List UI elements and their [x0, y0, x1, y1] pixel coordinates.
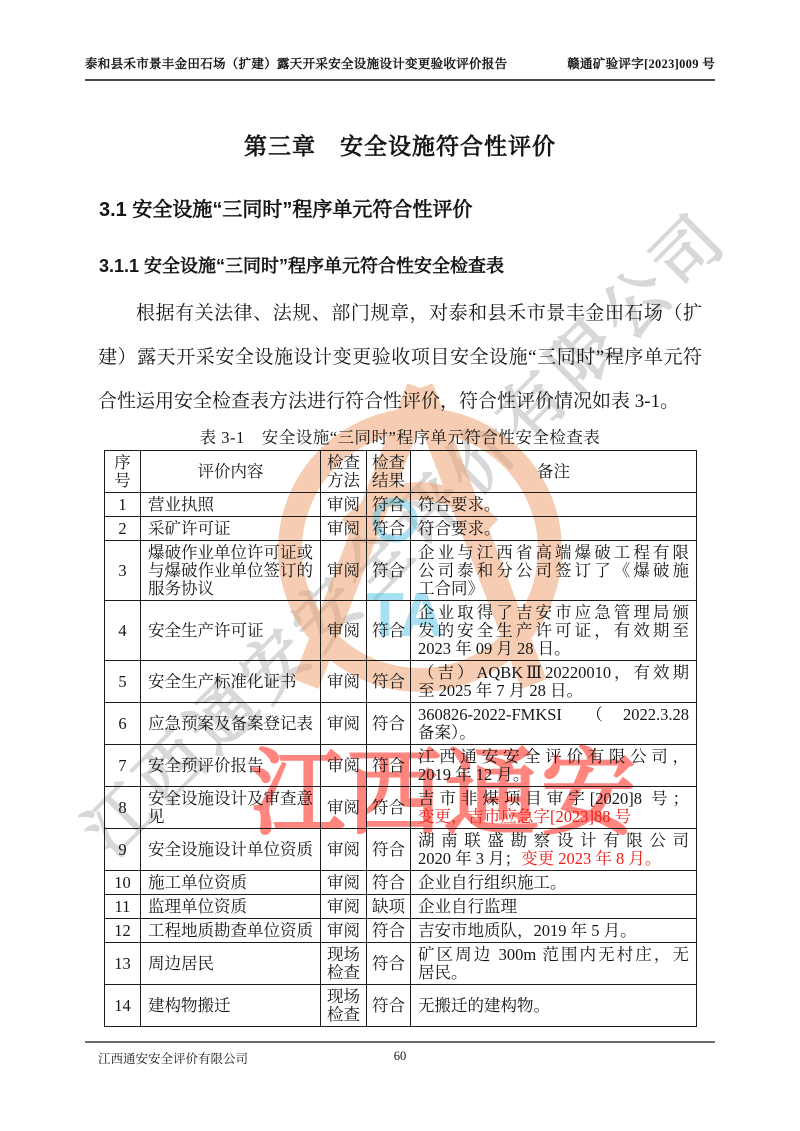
table-row: 10施工单位资质审阅符合企业自行组织施工。: [105, 871, 697, 895]
remark-line: 公司泰和分公司签订了《爆破施: [418, 562, 689, 580]
cell-remark: 矿区周边 300m 范围内无村庄，无居民。: [411, 943, 697, 985]
remark-line: （吉）AQBKⅢ20220010，有效期: [418, 664, 689, 682]
report-page: 江西通安安全评价有限公司 TA 江西通安 泰和县禾市景丰金田石场（扩建）露天开采…: [0, 0, 800, 1131]
header-report-title: 泰和县禾市景丰金田石场（扩建）露天开采安全设施设计变更验收评价报告: [85, 54, 507, 72]
cell-result: 符合: [367, 985, 411, 1027]
cell-remark: 吉市非煤项目审字[2020]8 号；变更，吉市应急字[2023]88 号: [411, 787, 697, 829]
remark-line: 符合要求。: [418, 496, 689, 514]
table-row: 8安全设施设计及审查意见审阅符合吉市非煤项目审字[2020]8 号；变更，吉市应…: [105, 787, 697, 829]
cell-result: 符合: [367, 919, 411, 943]
remark-line: 发的安全生产许可证，有效期至: [418, 622, 689, 640]
cell-content: 营业执照: [141, 493, 321, 517]
body-paragraph: 根据有关法律、法规、部门规章，对泰和县禾市景丰金田石场（扩建）露天开采安全设施设…: [98, 292, 702, 424]
column-header: 评价内容: [141, 451, 321, 493]
cell-content: 安全设施设计单位资质: [141, 829, 321, 871]
header-doc-number: 赣通矿验评字[2023]009 号: [567, 54, 715, 72]
chapter-title: 第三章 安全设施符合性评价: [0, 128, 800, 161]
checklist-body: 1营业执照审阅符合符合要求。2采矿许可证审阅符合符合要求。3爆破作业单位许可证或…: [105, 493, 697, 1027]
cell-serial: 1: [105, 493, 141, 517]
cell-serial: 9: [105, 829, 141, 871]
cell-remark: 企业自行监理: [411, 895, 697, 919]
checklist-table-wrap: 序号评价内容检查方法检查结果备注 1营业执照审阅符合符合要求。2采矿许可证审阅符…: [104, 450, 696, 1027]
cell-content: 监理单位资质: [141, 895, 321, 919]
remark-line: 企业自行组织施工。: [418, 874, 689, 892]
table-row: 2采矿许可证审阅符合符合要求。: [105, 517, 697, 541]
cell-result: 符合: [367, 517, 411, 541]
remark-line: 吉市非煤项目审字[2020]8 号；: [418, 790, 689, 808]
cell-remark: 江西通安安全评价有限公司，2019 年 12 月。: [411, 745, 697, 787]
cell-method: 审阅: [321, 661, 367, 703]
cell-remark: 吉安市地质队，2019 年 5 月。: [411, 919, 697, 943]
cell-result: 符合: [367, 541, 411, 601]
cell-serial: 4: [105, 601, 141, 661]
cell-content: 安全设施设计及审查意见: [141, 787, 321, 829]
cell-content: 建构物搬迁: [141, 985, 321, 1027]
remark-line: 360826-2022-FMKSI （2022.3.28: [418, 706, 689, 724]
cell-remark: （吉）AQBKⅢ20220010，有效期至 2025 年 7 月 28 日。: [411, 661, 697, 703]
cell-result: 符合: [367, 943, 411, 985]
table-row: 11监理单位资质审阅缺项企业自行监理: [105, 895, 697, 919]
cell-method: 审阅: [321, 745, 367, 787]
table-row: 9安全设施设计单位资质审阅符合湖南联盛勘察设计有限公司2020 年 3 月；变更…: [105, 829, 697, 871]
cell-method: 审阅: [321, 517, 367, 541]
cell-serial: 13: [105, 943, 141, 985]
table-row: 13周边居民现场检查符合矿区周边 300m 范围内无村庄，无居民。: [105, 943, 697, 985]
content-layer: 泰和县禾市景丰金田石场（扩建）露天开采安全设施设计变更验收评价报告 赣通矿验评字…: [0, 0, 800, 1131]
cell-result: 符合: [367, 871, 411, 895]
remark-line: 矿区周边 300m 范围内无村庄，无: [418, 946, 689, 964]
column-header: 检查结果: [367, 451, 411, 493]
cell-method: 审阅: [321, 787, 367, 829]
cell-result: 符合: [367, 787, 411, 829]
cell-serial: 10: [105, 871, 141, 895]
remark-line: 符合要求。: [418, 520, 689, 538]
cell-content: 采矿许可证: [141, 517, 321, 541]
cell-method: 现场检查: [321, 985, 367, 1027]
section-3-1-title: 3.1 安全设施“三同时”程序单元符合性评价: [99, 193, 472, 222]
cell-content: 工程地质勘查单位资质: [141, 919, 321, 943]
column-header: 序号: [105, 451, 141, 493]
table-row: 6应急预案及备案登记表审阅符合360826-2022-FMKSI （2022.3…: [105, 703, 697, 745]
table-row: 4安全生产许可证审阅符合企业取得了吉安市应急管理局颁发的安全生产许可证，有效期至…: [105, 601, 697, 661]
remark-line: 企业自行监理: [418, 898, 689, 916]
remark-line: 2023 年 09 月 28 日。: [418, 640, 689, 658]
remark-line: 工合同》: [418, 580, 689, 598]
cell-result: 符合: [367, 745, 411, 787]
cell-content: 爆破作业单位许可证或与爆破作业单位签订的服务协议: [141, 541, 321, 601]
cell-remark: 企业取得了吉安市应急管理局颁发的安全生产许可证，有效期至2023 年 09 月 …: [411, 601, 697, 661]
cell-result: 符合: [367, 829, 411, 871]
footer-page-number: 60: [85, 1049, 715, 1064]
cell-serial: 6: [105, 703, 141, 745]
remark-line: 湖南联盛勘察设计有限公司: [418, 832, 689, 850]
remark-line: 2020 年 3 月；变更 2023 年 8 月。: [418, 850, 689, 868]
cell-remark: 符合要求。: [411, 517, 697, 541]
cell-serial: 8: [105, 787, 141, 829]
cell-result: 符合: [367, 703, 411, 745]
cell-content: 应急预案及备案登记表: [141, 703, 321, 745]
cell-serial: 5: [105, 661, 141, 703]
cell-content: 安全预评价报告: [141, 745, 321, 787]
cell-serial: 3: [105, 541, 141, 601]
cell-method: 审阅: [321, 895, 367, 919]
cell-remark: 360826-2022-FMKSI （2022.3.28备案）。: [411, 703, 697, 745]
table-row: 7安全预评价报告审阅符合江西通安安全评价有限公司，2019 年 12 月。: [105, 745, 697, 787]
remark-line: 企业与江西省高端爆破工程有限: [418, 544, 689, 562]
cell-remark: 无搬迁的建构物。: [411, 985, 697, 1027]
section-3-1-1-title: 3.1.1 安全设施“三同时”程序单元符合性安全检查表: [99, 252, 504, 278]
checklist-table: 序号评价内容检查方法检查结果备注 1营业执照审阅符合符合要求。2采矿许可证审阅符…: [104, 450, 697, 1027]
cell-content: 安全生产标准化证书: [141, 661, 321, 703]
remark-line: 至 2025 年 7 月 28 日。: [418, 682, 689, 700]
column-header: 备注: [411, 451, 697, 493]
remark-line: 无搬迁的建构物。: [418, 997, 689, 1015]
cell-remark: 企业与江西省高端爆破工程有限公司泰和分公司签订了《爆破施工合同》: [411, 541, 697, 601]
cell-content: 施工单位资质: [141, 871, 321, 895]
remark-line: 变更，吉市应急字[2023]88 号: [418, 808, 689, 826]
remark-line: 2019 年 12 月。: [418, 766, 689, 784]
remark-line: 企业取得了吉安市应急管理局颁: [418, 604, 689, 622]
table-row: 5安全生产标准化证书审阅符合（吉）AQBKⅢ20220010，有效期至 2025…: [105, 661, 697, 703]
remark-line: 备案）。: [418, 724, 689, 742]
table-row: 14建构物搬迁现场检查符合无搬迁的建构物。: [105, 985, 697, 1027]
cell-remark: 湖南联盛勘察设计有限公司2020 年 3 月；变更 2023 年 8 月。: [411, 829, 697, 871]
cell-method: 审阅: [321, 601, 367, 661]
cell-serial: 2: [105, 517, 141, 541]
cell-method: 审阅: [321, 703, 367, 745]
remark-line: 吉安市地质队，2019 年 5 月。: [418, 922, 689, 940]
cell-method: 审阅: [321, 541, 367, 601]
cell-content: 安全生产许可证: [141, 601, 321, 661]
cell-method: 审阅: [321, 829, 367, 871]
page-footer: 江西通安安全评价有限公司 60: [85, 1041, 715, 1069]
cell-method: 审阅: [321, 493, 367, 517]
cell-content: 周边居民: [141, 943, 321, 985]
cell-serial: 12: [105, 919, 141, 943]
page-header: 泰和县禾市景丰金田石场（扩建）露天开采安全设施设计变更验收评价报告 赣通矿验评字…: [85, 54, 715, 81]
cell-remark: 企业自行组织施工。: [411, 871, 697, 895]
table-header-row: 序号评价内容检查方法检查结果备注: [105, 451, 697, 493]
table-row: 3爆破作业单位许可证或与爆破作业单位签订的服务协议审阅符合企业与江西省高端爆破工…: [105, 541, 697, 601]
cell-result: 缺项: [367, 895, 411, 919]
column-header: 检查方法: [321, 451, 367, 493]
cell-method: 审阅: [321, 871, 367, 895]
cell-remark: 符合要求。: [411, 493, 697, 517]
cell-method: 现场检查: [321, 943, 367, 985]
cell-result: 符合: [367, 661, 411, 703]
remark-line: 居民。: [418, 964, 689, 982]
table-row: 12工程地质勘查单位资质审阅符合吉安市地质队，2019 年 5 月。: [105, 919, 697, 943]
remark-line: 江西通安安全评价有限公司，: [418, 748, 689, 766]
cell-serial: 7: [105, 745, 141, 787]
table-row: 1营业执照审阅符合符合要求。: [105, 493, 697, 517]
cell-method: 审阅: [321, 919, 367, 943]
cell-result: 符合: [367, 601, 411, 661]
table-caption: 表 3-1 安全设施“三同时”程序单元符合性安全检查表: [100, 424, 700, 448]
cell-serial: 11: [105, 895, 141, 919]
cell-result: 符合: [367, 493, 411, 517]
cell-serial: 14: [105, 985, 141, 1027]
